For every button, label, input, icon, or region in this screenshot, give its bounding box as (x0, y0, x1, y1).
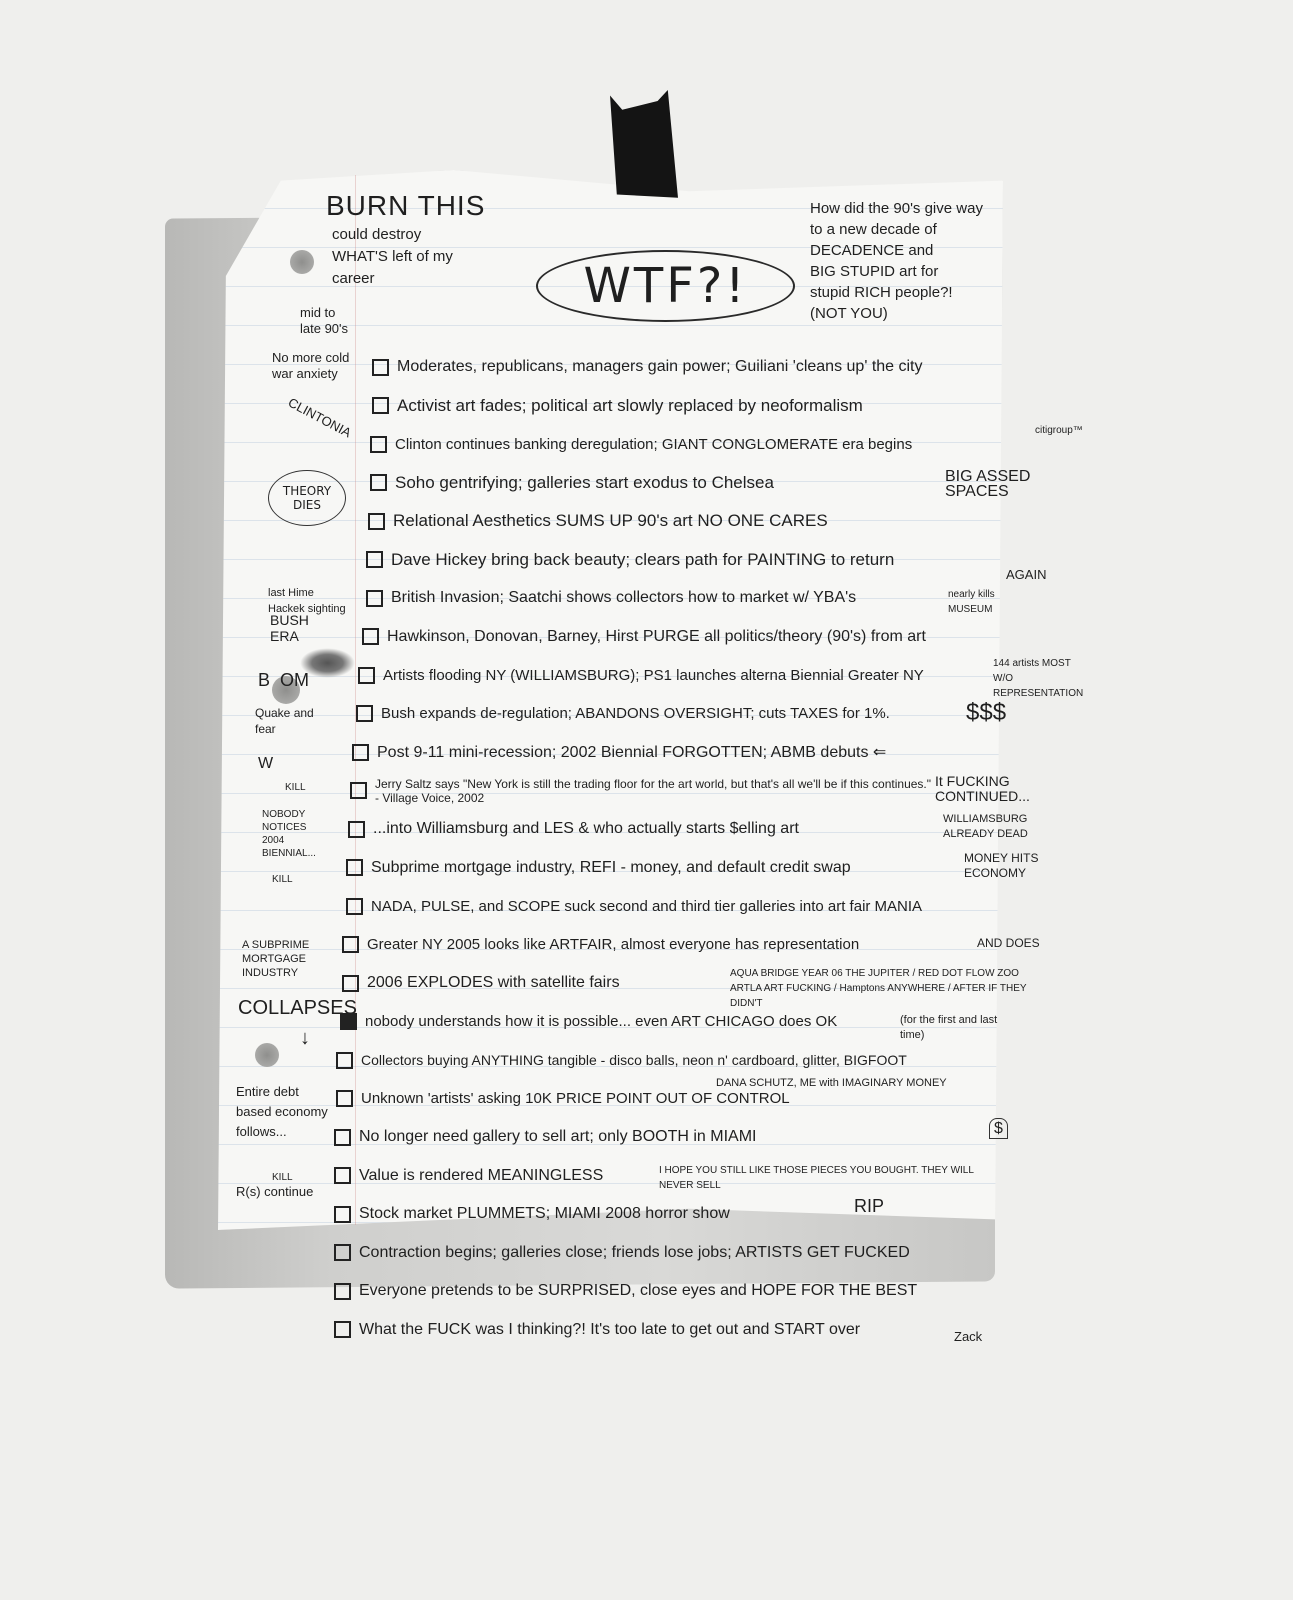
row-note: WILLIAMSBURG ALREADY DEAD (943, 812, 1043, 842)
checkbox[interactable] (346, 898, 363, 915)
dollar-tag-icon: $ (989, 1118, 1008, 1139)
checklist-row: nobody understands how it is possible...… (340, 1003, 1060, 1042)
note-boom: B OM (258, 672, 309, 688)
checkbox[interactable] (342, 936, 359, 953)
note-kill-1: KILL (285, 780, 306, 796)
checklist-row: Dave Hickey bring back beauty; clears pa… (366, 541, 1060, 580)
row-text: Subprime mortgage industry, REFI - money… (371, 859, 851, 877)
checklist-row: Hawkinson, Donovan, Barney, Hirst PURGE … (362, 618, 1060, 657)
checkbox[interactable] (358, 667, 375, 684)
checkbox[interactable] (350, 782, 367, 799)
note-entire-debt: Entire debt based economy follows... (236, 1082, 328, 1142)
checkbox[interactable] (370, 474, 387, 491)
punch-hole-bottom (255, 1043, 279, 1067)
burn-this-title: BURN THIS (326, 190, 485, 222)
row-text: Collectors buying ANYTHING tangible - di… (361, 1052, 907, 1068)
checklist-row: Relational Aesthetics SUMS UP 90's art N… (368, 502, 1060, 541)
row-text: Hawkinson, Donovan, Barney, Hirst PURGE … (387, 628, 926, 646)
row-text: British Invasion; Saatchi shows collecto… (391, 589, 856, 607)
checklist-row: Contraction begins; galleries close; fri… (334, 1234, 1060, 1273)
row-note: It FUCKING CONTINUED... (935, 774, 1045, 804)
row-text: Moderates, republicans, managers gain po… (397, 358, 923, 376)
checkbox[interactable] (348, 821, 365, 838)
punch-hole-top (290, 250, 314, 274)
arrow-down-icon: ↓ (300, 1030, 310, 1046)
checklist-row: British Invasion; Saatchi shows collecto… (366, 579, 1060, 618)
checklist-row: Post 9-11 mini-recession; 2002 Biennial … (352, 733, 1060, 772)
checkbox[interactable] (334, 1283, 351, 1300)
checkbox[interactable] (334, 1206, 351, 1223)
checkbox[interactable] (342, 975, 359, 992)
row-text: 2006 EXPLODES with satellite fairs (367, 974, 620, 992)
burn-this-subtitle: could destroy WHAT'S left of my career (332, 224, 453, 290)
row-note: BIG ASSED SPACES (945, 469, 1055, 499)
row-text: Value is rendered MEANINGLESS (359, 1167, 603, 1185)
checklist-row: Clinton continues banking deregulation; … (370, 425, 1060, 464)
note-bush-era: BUSH ERA (270, 612, 309, 644)
note-subprime-industry: A SUBPRIME MORTGAGE INDUSTRY (242, 938, 309, 980)
wtf-text: WTF?! (583, 258, 747, 314)
checklist-row: No longer need gallery to sell art; only… (334, 1118, 1060, 1157)
checklist-row: 2006 EXPLODES with satellite fairsAQUA B… (342, 964, 1060, 1003)
checklist-row: Jerry Saltz says "New York is still the … (350, 772, 1060, 811)
row-note: AND DOES (977, 936, 1040, 951)
checkbox[interactable] (370, 436, 387, 453)
checklist: Moderates, republicans, managers gain po… (330, 348, 1060, 1349)
checklist-row: Moderates, republicans, managers gain po… (372, 348, 1060, 387)
black-tape (610, 90, 678, 200)
checklist-row: Subprime mortgage industry, REFI - money… (346, 849, 1060, 888)
checkbox[interactable] (368, 513, 385, 530)
wtf-title: WTF?! (536, 250, 795, 322)
row-text: Everyone pretends to be SURPRISED, close… (359, 1282, 917, 1300)
note-nobody-notices: NOBODY NOTICES 2004 BIENNIAL... (262, 808, 316, 860)
checkbox[interactable] (334, 1129, 351, 1146)
checkbox[interactable] (336, 1052, 353, 1069)
checklist-row: Collectors buying ANYTHING tangible - di… (336, 1041, 1060, 1080)
row-note: RIP (854, 1199, 884, 1214)
row-note: Zack (954, 1329, 982, 1344)
row-note: (for the first and last time) (900, 1013, 1010, 1043)
checklist-row: What the FUCK was I thinking?! It's too … (334, 1311, 1060, 1350)
row-note: MONEY HITS ECONOMY (964, 851, 1044, 881)
row-text: ...into Williamsburg and LES & who actua… (373, 820, 799, 838)
row-text: Post 9-11 mini-recession; 2002 Biennial … (377, 742, 886, 762)
checklist-row: NADA, PULSE, and SCOPE suck second and t… (346, 887, 1060, 926)
row-text: Contraction begins; galleries close; fri… (359, 1244, 910, 1262)
checklist-row: Stock market PLUMMETS; MIAMI 2008 horror… (334, 1195, 1060, 1234)
checkbox[interactable] (334, 1167, 351, 1184)
row-text: Clinton continues banking deregulation; … (395, 436, 912, 453)
note-kill-2: KILL (272, 872, 293, 888)
checkbox[interactable] (352, 744, 369, 761)
checkbox-checked[interactable] (340, 1013, 357, 1030)
row-note: I HOPE YOU STILL LIKE THOSE PIECES YOU B… (659, 1163, 989, 1193)
row-note: nearly kills MUSEUM (948, 587, 1018, 617)
checkbox[interactable] (346, 859, 363, 876)
row-note: citigroup™ (1035, 423, 1083, 438)
row-text: No longer need gallery to sell art; only… (359, 1128, 757, 1146)
row-text: Soho gentrifying; galleries start exodus… (395, 473, 774, 493)
row-text: Activist art fades; political art slowly… (397, 396, 863, 416)
checklist-row: Artists flooding NY (WILLIAMSBURG); PS1 … (358, 656, 1060, 695)
row-text: What the FUCK was I thinking?! It's too … (359, 1321, 860, 1339)
note-mid-late-90s: mid to late 90's (300, 305, 348, 337)
note-w: W (258, 756, 273, 772)
checklist-row: ...into Williamsburg and LES & who actua… (348, 810, 1060, 849)
row-text: Stock market PLUMMETS; MIAMI 2008 horror… (359, 1205, 730, 1223)
checkbox[interactable] (372, 359, 389, 376)
checkbox[interactable] (372, 397, 389, 414)
row-text: Artists flooding NY (WILLIAMSBURG); PS1 … (383, 667, 924, 684)
checklist-row: Bush expands de-regulation; ABANDONS OVE… (356, 695, 1060, 734)
note-continue: R(s) continue (236, 1184, 313, 1200)
checkbox[interactable] (362, 628, 379, 645)
checkbox[interactable] (356, 705, 373, 722)
row-text: Relational Aesthetics SUMS UP 90's art N… (393, 511, 828, 531)
checklist-row: Everyone pretends to be SURPRISED, close… (334, 1272, 1060, 1311)
note-quake-fear: Quake and fear (255, 705, 314, 737)
row-note: $$$ (966, 705, 1006, 720)
checkbox[interactable] (334, 1244, 351, 1261)
checklist-row: Activist art fades; political art slowly… (372, 387, 1060, 426)
checkbox[interactable] (334, 1321, 351, 1338)
checkbox[interactable] (366, 551, 383, 568)
row-text: Greater NY 2005 looks like ARTFAIR, almo… (367, 936, 859, 953)
checklist-row: Unknown 'artists' asking 10K PRICE POINT… (336, 1080, 1060, 1119)
row-text: Jerry Saltz says "New York is still the … (375, 777, 935, 805)
checklist-row: Value is rendered MEANINGLESSI HOPE YOU … (334, 1157, 1060, 1196)
checklist-row: Soho gentrifying; galleries start exodus… (370, 464, 1060, 503)
row-note: DANA SCHUTZ, ME with IMAGINARY MONEY (716, 1076, 1016, 1091)
row-text: Unknown 'artists' asking 10K PRICE POINT… (361, 1090, 790, 1107)
row-text: Dave Hickey bring back beauty; clears pa… (391, 550, 894, 570)
checkbox[interactable] (336, 1090, 353, 1107)
checkbox[interactable] (366, 590, 383, 607)
row-text: NADA, PULSE, and SCOPE suck second and t… (371, 898, 922, 915)
row-text: nobody understands how it is possible...… (365, 1013, 837, 1030)
row-text: Bush expands de-regulation; ABANDONS OVE… (381, 705, 890, 722)
checklist-row: Greater NY 2005 looks like ARTFAIR, almo… (342, 926, 1060, 965)
decade-question: How did the 90's give way to a new decad… (810, 198, 983, 324)
